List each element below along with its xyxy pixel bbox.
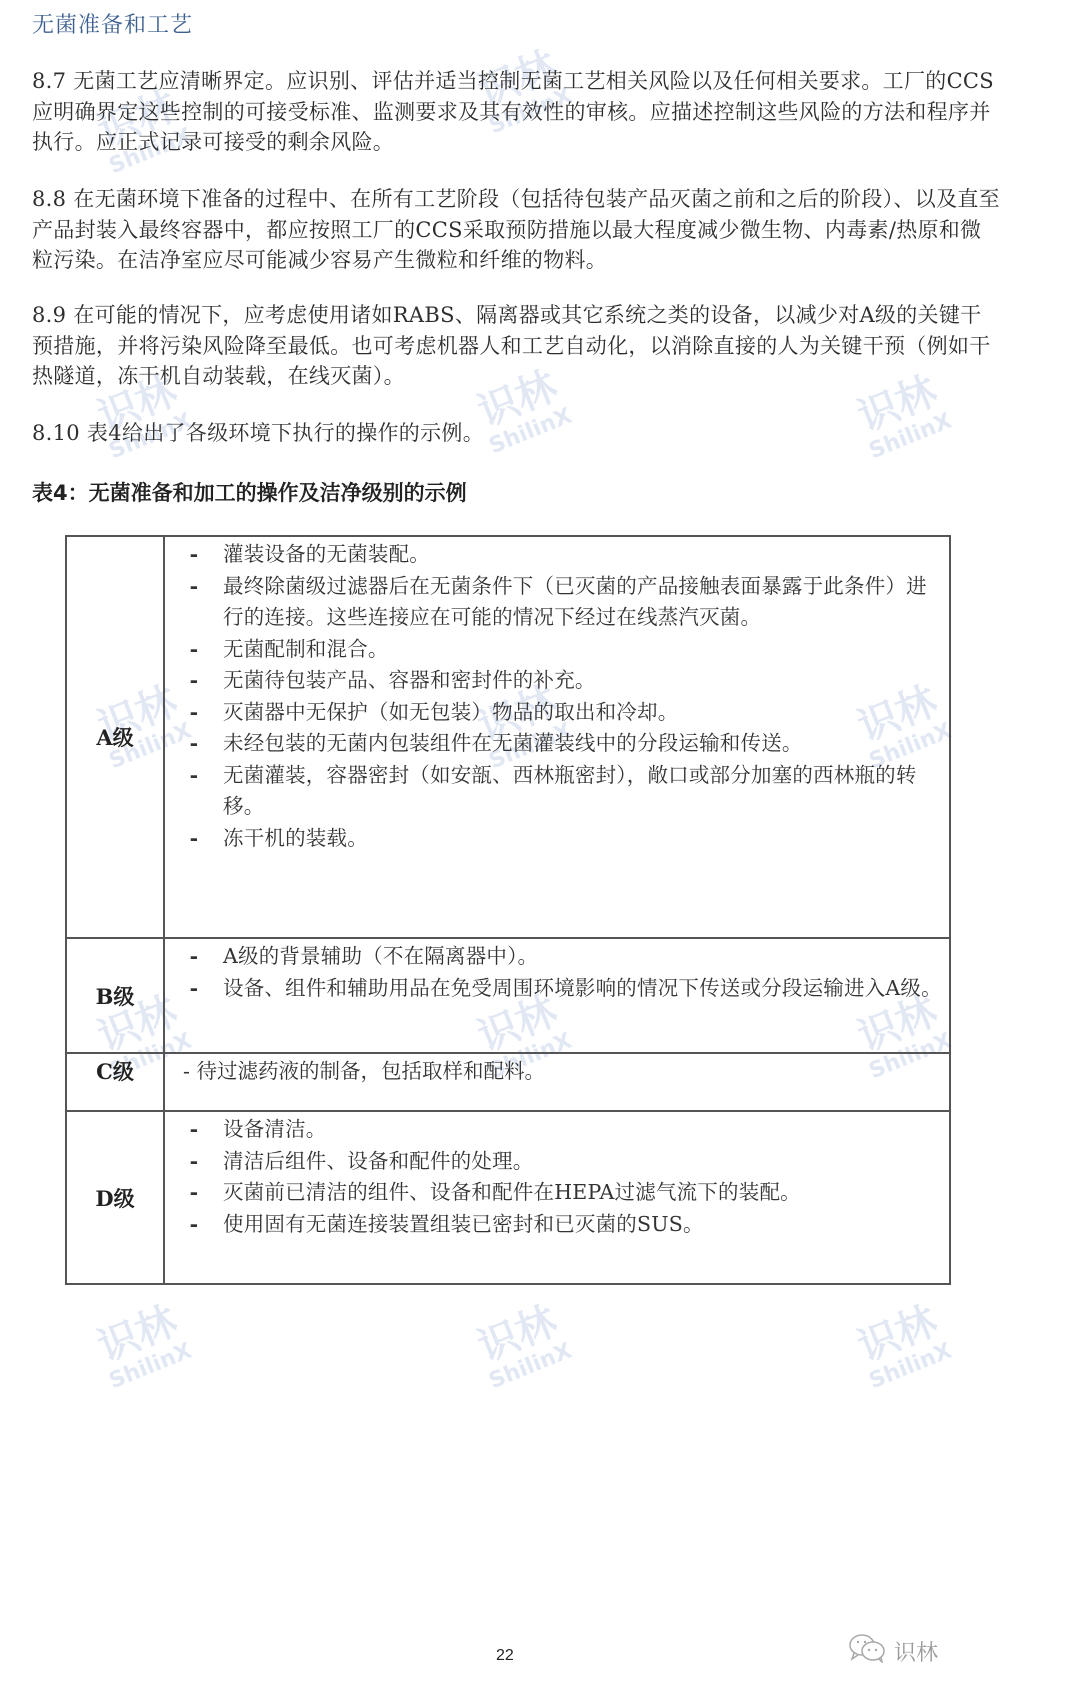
paragraph-8-7: 8.7 无菌工艺应清晰界定。应识别、评估并适当控制无菌工艺相关风险以及任何相关要… <box>32 66 1000 158</box>
cleanroom-grade-table: A级 -灌装设备的无菌装配。 -最终除菌级过滤器后在无菌条件下（已灭菌的产品接触… <box>65 535 951 1285</box>
bullet-dash: - <box>165 941 223 973</box>
bullet-dash: - <box>165 760 223 823</box>
brand-name: 识林 <box>894 1636 938 1667</box>
list-item: -无菌配制和混合。 <box>165 634 949 666</box>
bullet-dash: - <box>165 539 223 571</box>
operations-cell: -灌装设备的无菌装配。 -最终除菌级过滤器后在无菌条件下（已灭菌的产品接触表面暴… <box>164 536 950 938</box>
table-row-grade-b: B级 -A级的背景辅助（不在隔离器中）。 -设备、组件和辅助用品在免受周围环境影… <box>66 938 950 1053</box>
list-item: -A级的背景辅助（不在隔离器中）。 <box>165 941 949 973</box>
grade-label: B级 <box>66 938 164 1053</box>
bullet-dash: - <box>165 665 223 697</box>
bullet-dash: - <box>165 823 223 855</box>
list-item: -使用固有无菌连接装置组装已密封和已灭菌的SUS。 <box>165 1209 949 1241</box>
bullet-dash: - <box>165 1177 223 1209</box>
bullet-dash: - <box>165 634 223 666</box>
bullet-dash: - <box>165 1114 223 1146</box>
table-caption: 表4：无菌准备和加工的操作及洁净级别的示例 <box>32 477 467 507</box>
operations-cell: - 待过滤药液的制备，包括取样和配料。 <box>164 1053 950 1111</box>
list-item: -灌装设备的无菌装配。 <box>165 539 949 571</box>
watermark: 识林ShilinX <box>834 1292 986 1439</box>
list-item: -设备清洁。 <box>165 1114 949 1146</box>
table-row-grade-a: A级 -灌装设备的无菌装配。 -最终除菌级过滤器后在无菌条件下（已灭菌的产品接触… <box>66 536 950 938</box>
bullet-dash: - <box>165 1146 223 1178</box>
bullet-dash: - <box>165 728 223 760</box>
paragraph-8-8: 8.8 在无菌环境下准备的过程中、在所有工艺阶段（包括待包装产品灭菌之前和之后的… <box>32 184 1000 276</box>
list-item: - 待过滤药液的制备，包括取样和配料。 <box>165 1056 949 1088</box>
list-item: -冻干机的装载。 <box>165 823 949 855</box>
section-title: 无菌准备和工艺 <box>32 8 193 39</box>
bullet-dash: - <box>165 697 223 729</box>
operations-cell: -设备清洁。 -清洁后组件、设备和配件的处理。 -灭菌前已清洁的组件、设备和配件… <box>164 1111 950 1284</box>
paragraph-8-10: 8.10 表4给出了各级环境下执行的操作的示例。 <box>32 418 1000 449</box>
page-number: 22 <box>496 1647 514 1665</box>
list-item: -灭菌前已清洁的组件、设备和配件在HEPA过滤气流下的装配。 <box>165 1177 949 1209</box>
grade-label: C级 <box>66 1053 164 1111</box>
bullet-dash: - <box>165 973 223 1005</box>
list-item: -设备、组件和辅助用品在免受周围环境影响的情况下传送或分段运输进入A级。 <box>165 973 949 1005</box>
watermark: 识林ShilinX <box>74 1292 226 1439</box>
operations-cell: -A级的背景辅助（不在隔离器中）。 -设备、组件和辅助用品在免受周围环境影响的情… <box>164 938 950 1053</box>
watermark: 识林ShilinX <box>454 1292 606 1439</box>
list-item: -无菌灌装，容器密封（如安瓿、西林瓶密封），敞口或部分加塞的西林瓶的转移。 <box>165 760 949 823</box>
table-row-grade-d: D级 -设备清洁。 -清洁后组件、设备和配件的处理。 -灭菌前已清洁的组件、设备… <box>66 1111 950 1284</box>
list-item: -无菌待包装产品、容器和密封件的补充。 <box>165 665 949 697</box>
bullet-dash: - <box>165 1209 223 1241</box>
list-item: -最终除菌级过滤器后在无菌条件下（已灭菌的产品接触表面暴露于此条件）进行的连接。… <box>165 571 949 634</box>
wechat-icon <box>848 1633 894 1669</box>
grade-label: A级 <box>66 536 164 938</box>
list-item: -灭菌器中无保护（如无包装）物品的取出和冷却。 <box>165 697 949 729</box>
brand-mark: 识林 <box>848 1633 938 1669</box>
paragraph-8-9: 8.9 在可能的情况下，应考虑使用诸如RABS、隔离器或其它系统之类的设备，以减… <box>32 300 1000 392</box>
bullet-dash: - <box>165 571 223 634</box>
list-item: -未经包装的无菌内包装组件在无菌灌装线中的分段运输和传送。 <box>165 728 949 760</box>
grade-label: D级 <box>66 1111 164 1284</box>
table-row-grade-c: C级 - 待过滤药液的制备，包括取样和配料。 <box>66 1053 950 1111</box>
list-item: -清洁后组件、设备和配件的处理。 <box>165 1146 949 1178</box>
